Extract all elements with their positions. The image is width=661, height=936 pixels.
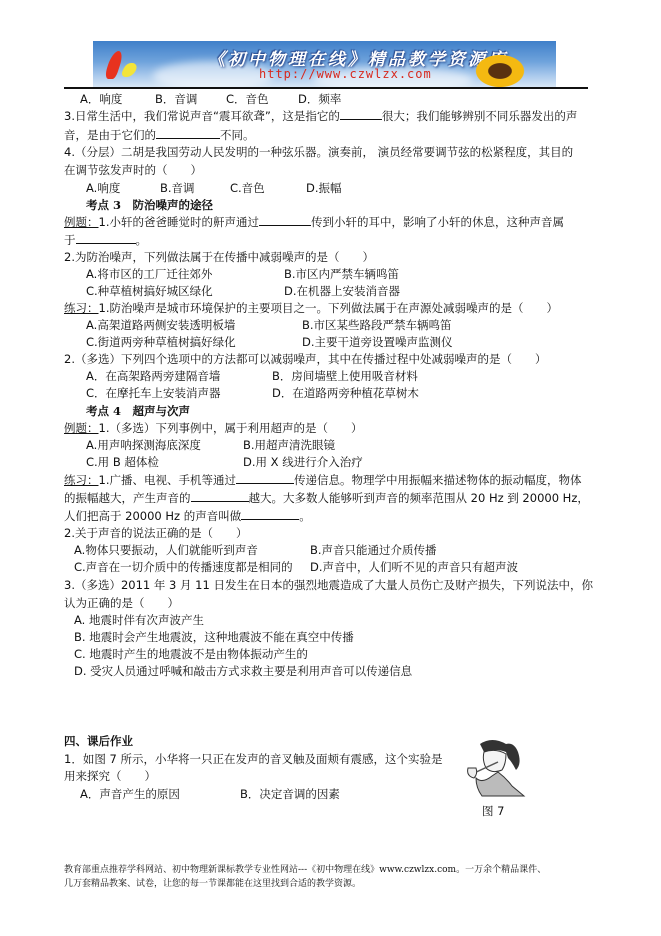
practice-1-text-c: 的振幅越大，产生声音的 (64, 491, 191, 505)
option-a: A.物体只要振动，人们就能听到声音 (74, 542, 258, 558)
practice-2-question: 2.关于声音的说法正确的是（ ） (64, 525, 247, 541)
option-d: D.声音中，人们听不见的声音只有超声波 (310, 559, 518, 575)
banner-url: http://www.czwlzx.com (259, 67, 432, 81)
question-3-line1: 3.日常生活中，我们常说声音“震耳欲聋”，这是指它的很大；我们能够辨别不同乐器发… (64, 108, 577, 124)
site-banner: 《初中物理在线》精品教学资源库 http://www.czwlzx.com (93, 41, 556, 87)
option-b: B.市区某些路段严禁车辆鸣笛 (302, 317, 452, 333)
example-1-text-c: 于 (64, 233, 76, 247)
practice-3-line2: 认为正确的是（ ） (64, 595, 179, 611)
example-1-line2: 于。 (64, 232, 147, 248)
answer-blank[interactable] (340, 108, 382, 120)
sunflower-image (473, 53, 527, 87)
option-c: C．在摩托车上安装消声器 (86, 385, 221, 401)
banner-divider (64, 87, 588, 89)
answer-blank[interactable] (259, 214, 311, 226)
section-heading-kaodian3: 考点 3 防治噪声的途径 (86, 197, 213, 213)
example-1-text-d: 。 (136, 233, 148, 247)
option-d: D.在机器上安装消音器 (284, 283, 400, 299)
q3-text-d: 不同。 (220, 128, 255, 142)
option-a: A.用声呐探测海底深度 (86, 437, 201, 453)
practice-1-text: 1.防治噪声是城市环境保护的主要项目之一。下列做法属于在声源处减弱噪声的是（ ） (99, 301, 558, 315)
homework-heading: 四、课后作业 (64, 733, 133, 749)
homework-q1-line1: 1．如图 7 所示，小华将一只正在发声的音叉触及面颊有震感，这个实验是 (64, 751, 442, 767)
option-c: C.音色 (230, 180, 265, 196)
answer-blank[interactable] (191, 490, 249, 502)
option-a: A．在高架路两旁建隔音墙 (86, 368, 220, 384)
option-c: C.种草植树搞好城区绿化 (86, 283, 213, 299)
practice-2-question: 2.（多选）下列四个选项中的方法都可以减弱噪声，其中在传播过程中处减弱噪声的是（… (64, 351, 546, 367)
example-label: 例题： (64, 421, 99, 435)
example-1-text-a: 1.小轩的爸爸睡觉时的鼾声通过 (99, 215, 259, 229)
option-b: B．决定音调的因素 (240, 786, 340, 802)
option-a: A. 地震时伴有次声波产生 (74, 612, 204, 628)
q3-text-c: 音，是由于它们的 (64, 128, 156, 142)
girl-illustration-icon (462, 738, 526, 798)
option-d: D.主要干道旁设置噪声监测仪 (302, 334, 453, 350)
question-4-line1: 4.（分层）二胡是我国劳动人民发明的一种弦乐器。演奏前， 演员经常要调节弦的松紧… (64, 144, 573, 160)
answer-blank[interactable] (156, 127, 220, 139)
section-heading-kaodian4: 考点 4 超声与次声 (86, 403, 190, 419)
option-a: A.将市区的工厂迁往郊外 (86, 266, 212, 282)
example-1-text: 1.（多选）下列事例中，属于利用超声的是（ ） (99, 421, 363, 435)
practice-label: 练习： (64, 301, 99, 315)
example-2-question: 2.为防治噪声，下列做法属于在传播中减弱噪声的是（ ） (64, 249, 374, 265)
option-d: D．在道路两旁种植花草树木 (272, 385, 419, 401)
q3-text-b: 很大；我们能够辨别不同乐器发出的声 (382, 109, 578, 123)
option-b: B．音调 (155, 91, 197, 107)
q3-text-a: 3.日常生活中，我们常说声音“震耳欲聋”，这是指它的 (64, 109, 340, 123)
option-c: C.用 B 超体检 (86, 454, 159, 470)
homework-q1-line2: 用来探究（ ） (64, 768, 156, 784)
option-c: C.声音在一切介质中的传播速度都是相同的 (74, 559, 293, 575)
option-b: B.音调 (160, 180, 195, 196)
question-4-line2: 在调节弦发声时的（ ） (64, 162, 202, 178)
example-1-text-b: 传到小轩的耳中，影响了小轩的休息，这种声音属 (311, 215, 564, 229)
practice-1-text-b: 传递信息。物理学中用振幅来描述物体的振动幅度，物体 (294, 473, 582, 487)
practice-1-line3: 人们把高于 20000 Hz 的声音叫做。 (64, 508, 311, 524)
option-b: B.市区内严禁车辆鸣笛 (284, 266, 399, 282)
option-b: B.用超声清洗眼镜 (243, 437, 335, 453)
option-d: D. 受灾人员通过呼喊和敲击方式求救主要是利用声音可以传递信息 (74, 663, 412, 679)
figure-caption: 图 7 (482, 803, 504, 819)
practice-label: 练习： (64, 473, 99, 487)
option-a: A.高架道路两侧安装透明板墙 (86, 317, 235, 333)
logo-yellow-mark (120, 63, 140, 77)
practice-1-line2: 的振幅越大，产生声音的越大。大多数人能够听到声音的频率范围从 20 Hz 到 2… (64, 490, 589, 506)
option-b: B.声音只能通过介质传播 (310, 542, 437, 558)
option-b: B．房间墙壁上使用吸音材料 (272, 368, 418, 384)
practice-3-line1: 3.（多选）2011 年 3 月 11 日发生在日本的强烈地震造成了大量人员伤亡… (64, 577, 593, 593)
practice-1-text-f: 。 (299, 509, 311, 523)
option-c: C．音色 (226, 91, 269, 107)
option-d: D.用 X 线进行介入治疗 (243, 454, 363, 470)
practice-1-text-e: 人们把高于 20000 Hz 的声音叫做 (64, 509, 241, 523)
practice-1-question: 练习：1.防治噪声是城市环境保护的主要项目之一。下列做法属于在声源处减弱噪声的是… (64, 300, 558, 316)
answer-blank[interactable] (241, 508, 299, 520)
option-a: A.响度 (86, 180, 120, 196)
example-1-question: 例题：1.（多选）下列事例中，属于利用超声的是（ ） (64, 420, 362, 436)
option-a: A．声音产生的原因 (80, 786, 180, 802)
example-1-line1: 例题：1.小轩的爸爸睡觉时的鼾声通过传到小轩的耳中，影响了小轩的休息，这种声音属 (64, 214, 564, 230)
answer-blank[interactable] (236, 472, 294, 484)
practice-1-text-a: 1.广播、电视、手机等通过 (99, 473, 236, 487)
example-label: 例题： (64, 215, 99, 229)
option-c: C. 地震时产生的地震波不是由物体振动产生的 (74, 646, 308, 662)
figure-7-girl-tuning-fork (462, 738, 526, 798)
option-d: D.振幅 (306, 180, 342, 196)
answer-blank[interactable] (76, 232, 136, 244)
practice-1-line1: 练习：1.广播、电视、手机等通过传递信息。物理学中用振幅来描述物体的振动幅度，物… (64, 472, 581, 488)
question-3-line2: 音，是由于它们的不同。 (64, 127, 255, 143)
option-a: A．响度 (80, 91, 122, 107)
option-c: C.街道两旁种草植树搞好绿化 (86, 334, 236, 350)
option-b: B. 地震时会产生地震波，这种地震波不能在真空中传播 (74, 629, 354, 645)
practice-1-text-d: 越大。大多数人能够听到声音的频率范围从 20 Hz 到 20000 Hz， (249, 491, 589, 505)
footer-line2: 几万套精品教案、试卷，让您的每一节课都能在这里找到合适的教学资源。 (64, 877, 361, 891)
footer-line1: 教育部重点推荐学科网站、初中物理新课标教学专业性网站---《初中物理在线》www… (64, 863, 546, 877)
option-d: D．频率 (298, 91, 341, 107)
